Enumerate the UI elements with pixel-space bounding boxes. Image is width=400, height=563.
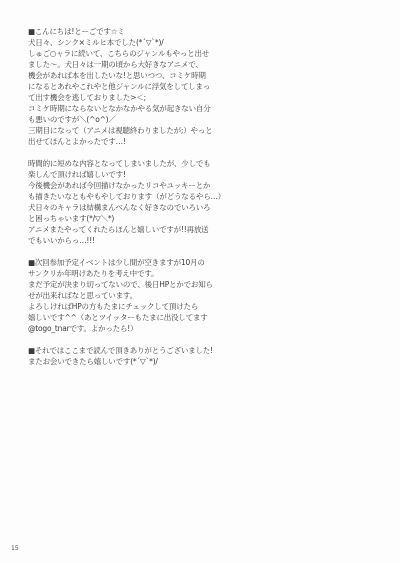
text-line: 機会があれば本を出したいな!と思いつつ、コミケ時期 [28,70,218,81]
text-line: ました〜。犬日々は一期の頃から大好きなアニメで、 [28,59,218,70]
text-line: ■こんにちは!とーごです☆ミ [28,26,218,37]
afterword-paragraph-1: ■こんにちは!とーごです☆ミ 犬日々、シンク×ミルヒ本でした(*´▽`*)/ し… [28,26,218,147]
text-line: も悪いのですが＼(^o^)／ [28,114,218,125]
text-line: 三期目になって（アニメは視聴終わりましたが;）やっと [28,125,218,136]
text-line: 楽しんで頂ければ嬉しいです! [28,169,218,180]
text-line: よろしければHPの方もたまにチェックして頂けたら [28,301,218,312]
text-line: 嬉しいです^^（あとツイッターもたまに出没してます [28,312,218,323]
text-line: サンクリか年明けあたりを考え中です。 [28,268,218,279]
afterword-text: ■こんにちは!とーごです☆ミ 犬日々、シンク×ミルヒ本でした(*´▽`*)/ し… [28,26,218,367]
text-line: ■次回参加予定イベントは少し間が空きますが10月の [28,257,218,268]
text-line: コミケ時期にならないとなかなかやる気が起きない自分 [28,103,218,114]
text-line: @togo_tnarです。よかったら!） [28,323,218,334]
text-line: せが出来ればなと思っています。 [28,290,218,301]
text-line: と困っちゃいます(*/▽＼*) [28,213,218,224]
text-line: まだ予定が決まり切ってないので、後日HPとかでお知ら [28,279,218,290]
page-number: 15 [11,545,19,553]
afterword-paragraph-4: ■それではここまで読んで頂きありがとうございました! またお会いできたら嬉しいで… [28,345,218,367]
text-line: 今後機会があれば今回描けなかったリコやユッキーとか [28,180,218,191]
scanned-page: ■こんにちは!とーごです☆ミ 犬日々、シンク×ミルヒ本でした(*´▽`*)/ し… [0,0,400,563]
afterword-paragraph-2: 時間的に短めな内容となってしまいましたが、少しでも 楽しんで頂ければ嬉しいです!… [28,158,218,246]
text-line: しゅご○ャラに続いて、こちらのジャンルもやっと出せ [28,48,218,59]
text-line: 犬日々、シンク×ミルヒ本でした(*´▽`*)/ [28,37,218,48]
text-line: ■それではここまで読んで頂きありがとうございました! [28,345,218,356]
text-line: 出せてほんとよかったです…! [28,136,218,147]
text-line: アニメまたやってくれたらほんと嬉しいですが!!再放送 [28,224,218,235]
text-line: 時間的に短めな内容となってしまいましたが、少しでも [28,158,218,169]
text-line: になるとあれやこれやと他ジャンルに浮気をしてしまっ [28,81,218,92]
text-line: も描きたいなともやもやしております（がどうなるやら…） [28,191,218,202]
text-line: て出す機会を逃しておりました>＜; [28,92,218,103]
text-line: 犬日々のキャラは結構まんべんなく好きなのでいろいろ [28,202,218,213]
text-line: またお会いできたら嬉しいです(*´▽`*)/ [28,356,218,367]
text-line: でもいいからっ…!!! [28,235,218,246]
afterword-paragraph-3: ■次回参加予定イベントは少し間が空きますが10月の サンクリか年明けあたりを考え… [28,257,218,334]
